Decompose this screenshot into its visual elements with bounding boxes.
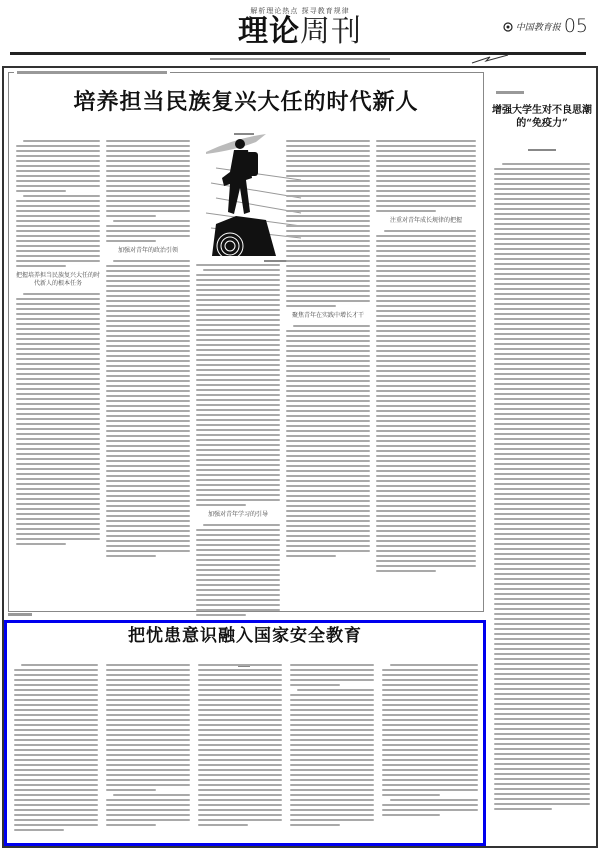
bottom-article-column-1 bbox=[14, 664, 98, 834]
right-column-body bbox=[490, 163, 594, 810]
right-column-article: 增强大学生对不良思潮的“免疫力” bbox=[490, 70, 594, 846]
top-article-kicker bbox=[14, 70, 170, 76]
page-number: 05 bbox=[564, 16, 588, 36]
subhead-5: 聚焦青年在实践中增长才干 bbox=[286, 312, 370, 320]
bottom-article-column-3 bbox=[198, 664, 282, 829]
right-column-byline bbox=[490, 136, 594, 155]
illustration-caption bbox=[264, 258, 288, 263]
top-article-column-1: 把握培养担当民族复兴大任的时代新人的根本任务 bbox=[16, 140, 100, 548]
subhead-2: 加强对青年的政治引领 bbox=[106, 247, 190, 255]
bottom-article-headline: 把忧患意识融入国家安全教育 bbox=[4, 625, 486, 647]
subhead-4: 加强对青年学习的引导 bbox=[196, 511, 280, 519]
newspaper-emblem-icon bbox=[503, 17, 513, 36]
masthead-light: 周刊 bbox=[300, 14, 362, 49]
masthead-bold: 理论 bbox=[238, 14, 300, 49]
top-article-column-4: 聚焦青年在实践中增长才干 bbox=[286, 140, 370, 560]
bottom-article-kicker bbox=[8, 612, 32, 618]
top-article-column-2: 加强对青年的政治引领 bbox=[106, 140, 190, 560]
top-article-column-3: 加强对青年学习的引导 bbox=[196, 264, 280, 619]
right-column-headline: 增强大学生对不良思潮的“免疫力” bbox=[490, 104, 594, 130]
bottom-article-column-5 bbox=[382, 664, 478, 819]
bottom-article-column-2 bbox=[106, 664, 190, 829]
right-column-kicker bbox=[496, 90, 594, 96]
newspaper-logo: 中国教育报 05 bbox=[503, 10, 588, 36]
subhead-1: 把握培养担当民族复兴大任的时代新人的根本任务 bbox=[16, 272, 100, 288]
bottom-article-column-4 bbox=[290, 664, 374, 829]
top-article-headline: 培养担当民族复兴大任的时代新人 bbox=[8, 90, 484, 116]
newspaper-name: 中国教育报 bbox=[516, 20, 561, 33]
editor-credits bbox=[0, 57, 600, 61]
subhead-3: 注重对青年成长规律的把握 bbox=[376, 217, 476, 225]
top-article-column-5: 注重对青年成长规律的把握 bbox=[376, 140, 476, 575]
